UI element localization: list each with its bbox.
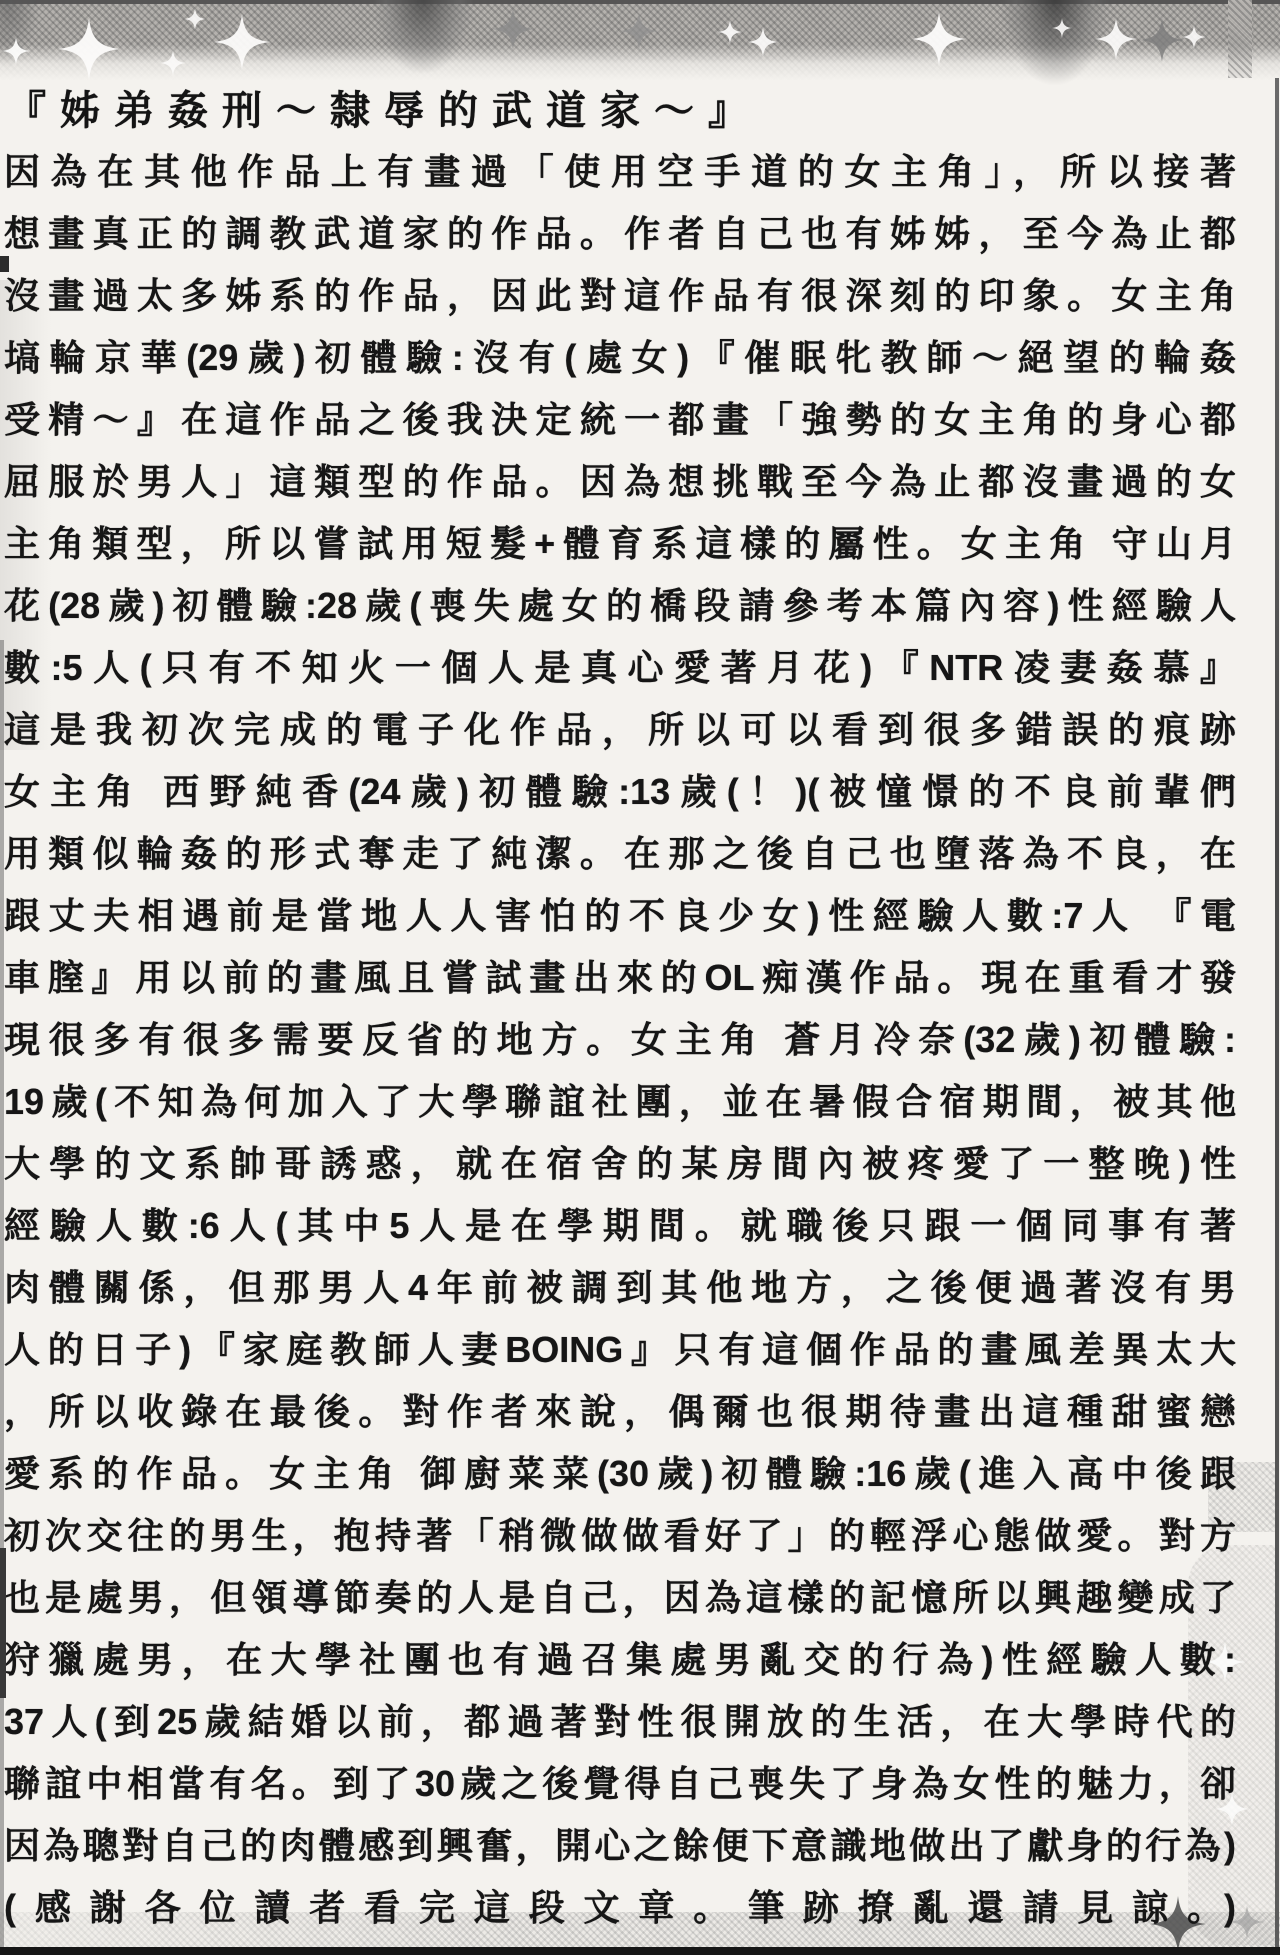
text-line: 經驗人數:6人(其中5人是在學期間。就職後只跟一個同事有著 xyxy=(4,1195,1236,1257)
sparkle-icon xyxy=(1095,16,1137,62)
sparkle-icon-dark xyxy=(620,10,658,52)
text-line: 花(28歲)初體驗:28歲(喪失處女的橋段請參考本篇內容)性經驗人 xyxy=(4,575,1236,637)
text-line: 人的日子)『家庭教師人妻BOING』只有這個作品的畫風差異太大 xyxy=(4,1319,1236,1381)
text-line: 因為在其他作品上有畫過「使用空手道的女主角」，所以接著 xyxy=(4,141,1236,203)
sparkle-icon xyxy=(912,10,966,68)
page-title: 『姊弟姦刑～隸辱的武道家～』 xyxy=(6,80,1266,142)
page-edge-left-dark xyxy=(0,1548,6,1698)
text-line: 想畫真正的調教武道家的作品。作者自己也有姊姊，至今為止都 xyxy=(4,203,1236,265)
text-line: 因為聰對自己的肉體感到興奮，開心之餘便下意識地做出了獻身的行為) xyxy=(4,1815,1236,1877)
text-line: 數:5人(只有不知火一個人是真心愛著月花)『NTR凌妻姦慕』 xyxy=(4,637,1236,699)
sparkle-icon xyxy=(1052,0,1072,56)
sparkle-icon xyxy=(718,0,742,64)
text-line: (感謝各位讀者看完這段文章。筆跡撩亂還請見諒。) xyxy=(4,1877,1236,1939)
text-line: 大學的文系帥哥誘惑，就在宿舍的某房間內被疼愛了一整晚)性 xyxy=(4,1133,1236,1195)
text-line: 聯誼中相當有名。到了30歲之後覺得自己喪失了身為女性的魅力，卻 xyxy=(4,1753,1236,1815)
text-line: 37人(到25歲結婚以前，都過著對性很開放的生活，在大學時代的 xyxy=(4,1691,1236,1753)
text-line: 肉體關係，但那男人4年前被調到其他地方，之後便過著沒有男 xyxy=(4,1257,1236,1319)
sparkle-icon-dark xyxy=(1140,16,1184,64)
sparkle-icon xyxy=(184,6,206,32)
page-edge-bottom xyxy=(0,1947,1280,1955)
page-edge-left xyxy=(0,640,4,1952)
text-line: 車膣』用以前的畫風且嘗試畫出來的OL痴漢作品。現在重看才發 xyxy=(4,947,1236,1009)
text-line: 也是處男，但領導節奏的人是自己，因為這樣的記憶所以興趣變成了 xyxy=(4,1567,1236,1629)
text-line: 愛系的作品。女主角 御廚菜菜(30歲)初體驗:16歲(進入高中後跟 xyxy=(4,1443,1236,1505)
text-line: 塙輪京華(29歲)初體驗:沒有(處女)『催眠牝教師～絕望的輪姦 xyxy=(4,327,1236,389)
text-line: 用類似輪姦的形式奪走了純潔。在那之後自己也墮落為不良，在 xyxy=(4,823,1236,885)
text-line: 主角類型，所以嘗試用短髮+體育系這樣的屬性。女主角 守山月 xyxy=(4,513,1236,575)
text-line: 受精～』在這作品之後我決定統一都畫「強勢的女主角的身心都 xyxy=(4,389,1236,451)
text-line: 初次交往的男生，抱持著「稍微做做看好了」的輕浮心態做愛。對方 xyxy=(4,1505,1236,1567)
sparkle-icon-dark xyxy=(492,6,534,52)
afterword-text: 因為在其他作品上有畫過「使用空手道的女主角」，所以接著 想畫真正的調教武道家的作… xyxy=(4,141,1236,1939)
sparkle-icon xyxy=(2,34,30,68)
text-line: ，所以收錄在最後。對作者來說，偶爾也很期待畫出這種甜蜜戀 xyxy=(4,1381,1236,1443)
scan-artifact-tick xyxy=(0,256,9,272)
band-corner-patch xyxy=(1228,0,1252,78)
sparkle-icon xyxy=(58,16,120,82)
text-line: 沒畫過太多姊系的作品，因此對這作品有很深刻的印象。女主角 xyxy=(4,265,1236,327)
text-line: 跟丈夫相遇前是當地人人害怕的不良少女)性經驗人數:7人 『電 xyxy=(4,885,1236,947)
text-line: 現很多有很多需要反省的地方。女主角 蒼月冷奈(32歲)初體驗: xyxy=(4,1009,1236,1071)
text-line: 19歲(不知為何加入了大學聯誼社團，並在暑假合宿期間，被其他 xyxy=(4,1071,1236,1133)
scanned-page: 『姊弟姦刑～隸辱的武道家～』 因為在其他作品上有畫過「使用空手道的女主角」，所以… xyxy=(0,0,1280,1955)
text-line: 狩獵處男，在大學社團也有過召集處男亂交的行為)性經驗人數: xyxy=(4,1629,1236,1691)
page-edge-right xyxy=(1275,78,1279,1955)
text-line: 這是我初次完成的電子化作品，所以可以看到很多錯誤的痕跡 xyxy=(4,699,1236,761)
text-line: 屈服於男人」這類型的作品。因為想挑戰至今為止都沒畫過的女 xyxy=(4,451,1236,513)
sparkle-icon xyxy=(748,0,778,84)
sparkle-icon xyxy=(1182,2,1206,72)
text-line: 女主角 西野純香(24歲)初體驗:13歲(！)(被憧憬的不良前輩們 xyxy=(4,761,1236,823)
sparkle-icon xyxy=(214,12,270,72)
